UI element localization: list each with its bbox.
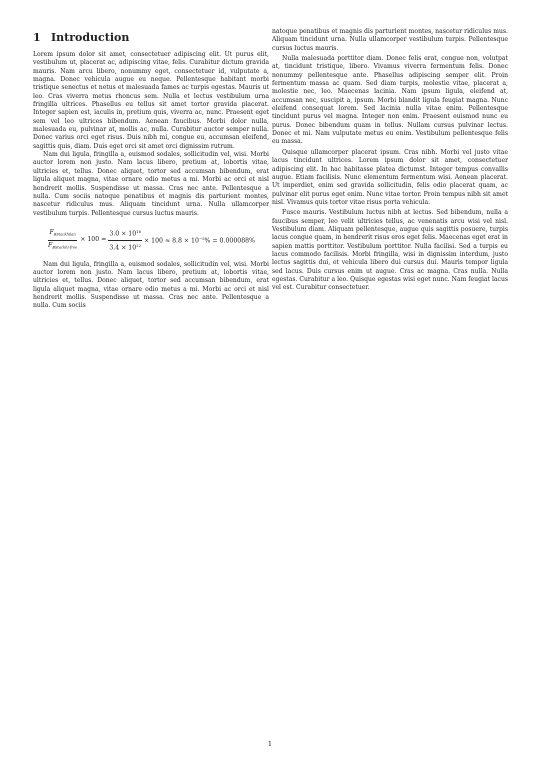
paragraph: natoque penatibus et magnis dis parturie… — [272, 28, 508, 53]
section-heading: 1Introduction — [33, 32, 269, 44]
paragraph: Nam dui ligula, fringilla a, euismod sod… — [33, 151, 269, 218]
equation-times-100: × 100 = — [80, 236, 106, 244]
paragraph: Nam dui ligula, fringilla a, euismod sod… — [33, 261, 269, 311]
equation-lhs-fraction: FBStackhilan FBStackhi-free — [47, 229, 78, 252]
equation-rhs-fraction: 3.0 × 1016 3.4 × 1022 — [108, 228, 142, 253]
paragraph: Fusce mauris. Vestibulum luctus nibh at … — [272, 209, 508, 292]
paragraph: Lorem ipsum dolor sit amet, consectetuer… — [33, 51, 269, 151]
section-title: Introduction — [51, 31, 129, 44]
page-number: 1 — [0, 740, 540, 748]
equation-approx: × 100 ≈ 8.8 × 10−5% = 0.000088% — [144, 235, 255, 246]
display-equation: FBStackhilan FBStackhi-free × 100 = 3.0 … — [33, 228, 269, 253]
left-column: 1Introduction Lorem ipsum dolor sit amet… — [33, 32, 269, 311]
section-number: 1 — [33, 32, 51, 44]
paragraph: Nulla malesuada porttitor diam. Donec fe… — [272, 55, 508, 147]
document-page: 1Introduction Lorem ipsum dolor sit amet… — [0, 0, 540, 764]
right-column: natoque penatibus et magnis dis parturie… — [272, 28, 508, 293]
paragraph: Quisque ullamcorper placerat ipsum. Cras… — [272, 149, 508, 207]
